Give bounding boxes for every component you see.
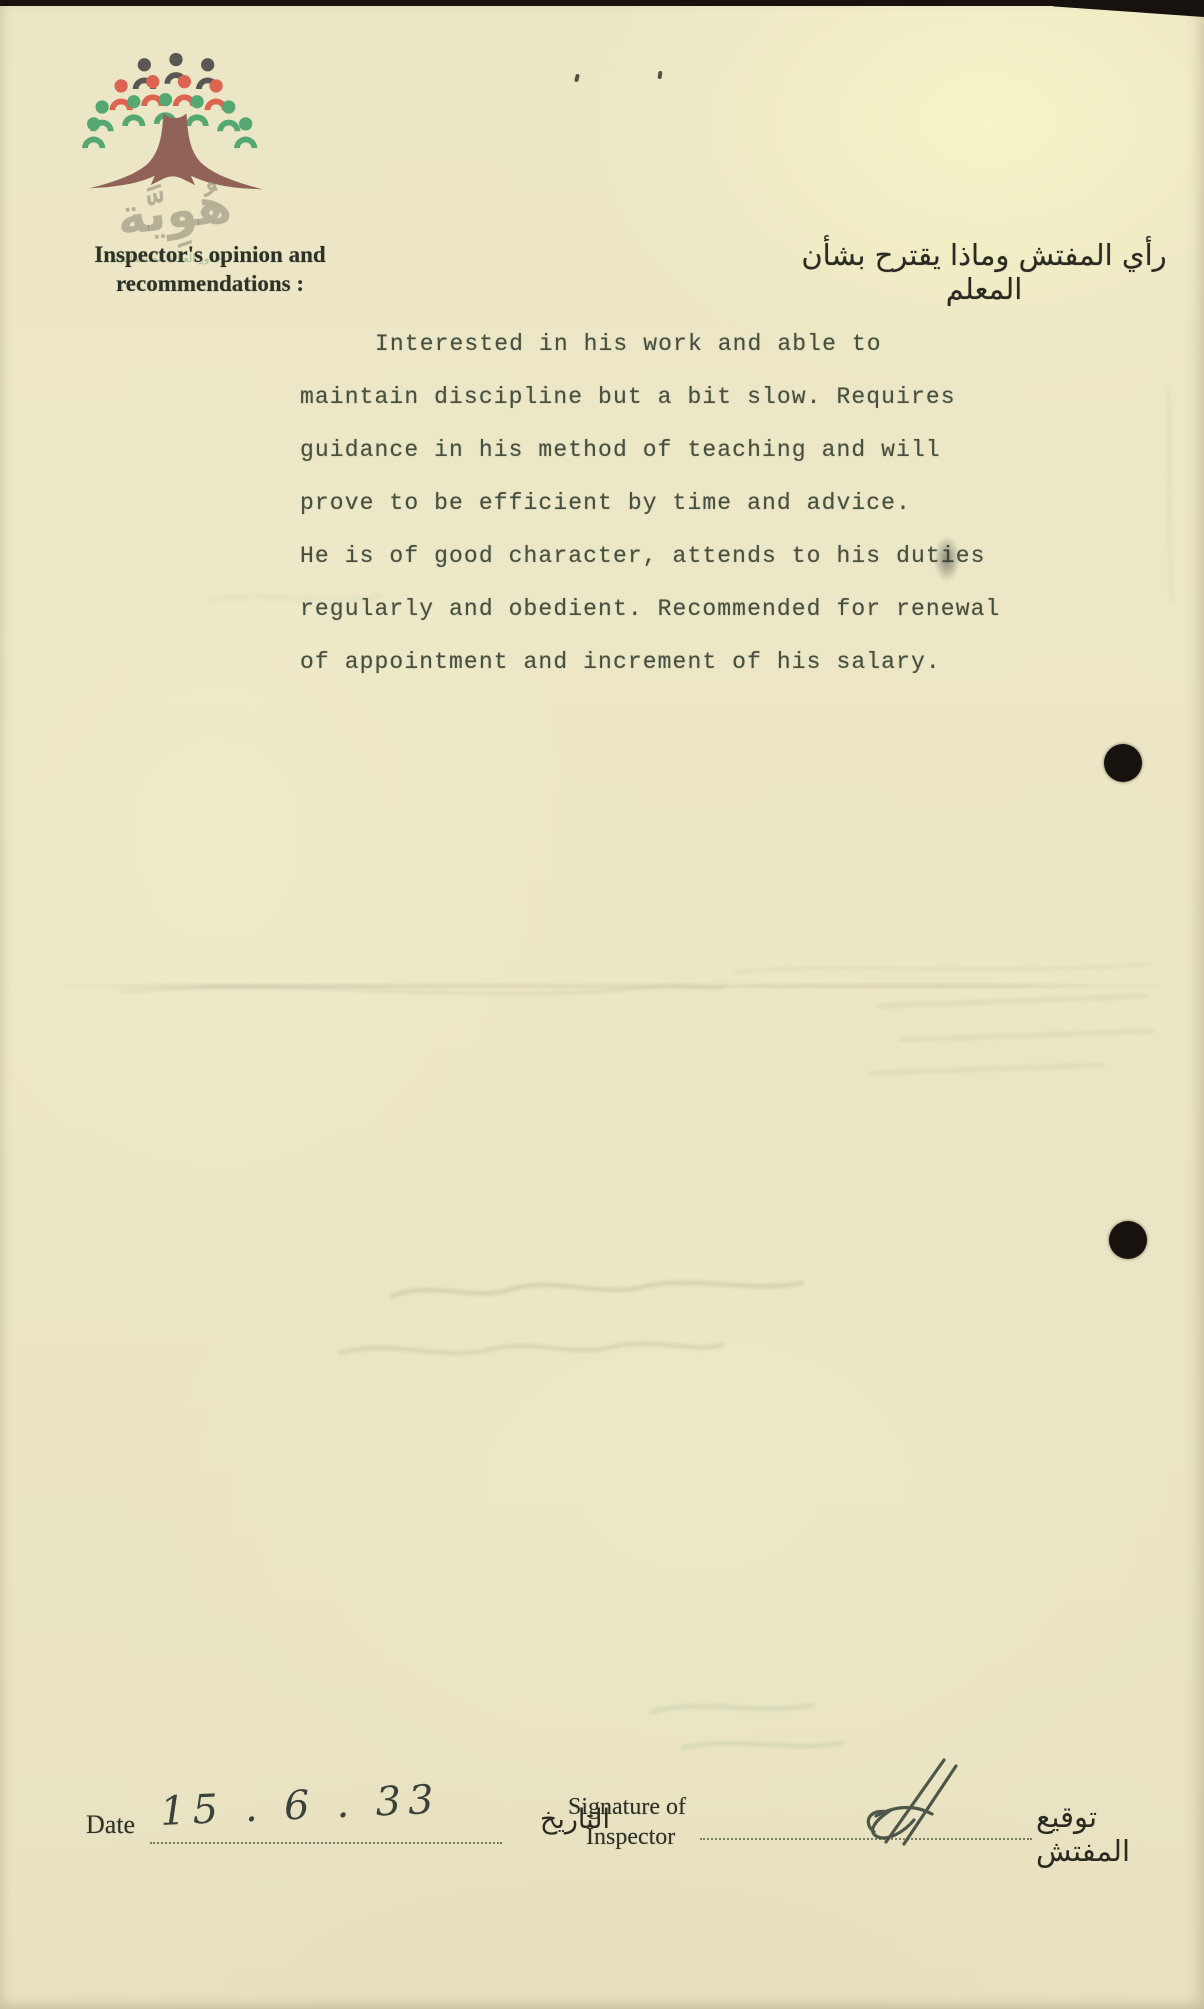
ink-blot-over-duties — [934, 536, 960, 582]
typed-line: maintain discipline but a bit slow. Requ… — [300, 371, 1000, 424]
inspector-signature-scribble — [852, 1752, 986, 1852]
scan-edge-corner-shadow — [1030, 0, 1204, 17]
typed-line: Interested in his work and able to — [300, 318, 1000, 371]
paper-fold-crease — [0, 984, 1204, 988]
typed-line: regularly and obedient. Recommended for … — [300, 583, 1000, 636]
inspector-label: Inspector — [586, 1824, 675, 1851]
scan-edge-top-bar — [0, 0, 1204, 6]
inspectors-opinion-label-line2: recommendations : — [72, 269, 348, 298]
ink-speck — [657, 71, 662, 79]
punch-hole-dot — [1109, 1221, 1147, 1259]
typed-line: of appointment and increment of his sala… — [300, 636, 1000, 689]
typed-line: prove to be efficient by time and advice… — [300, 477, 1000, 530]
inspectors-opinion-label-line1: Inspector's opinion and — [72, 240, 348, 269]
ink-speck — [574, 74, 580, 83]
signature-of-label: Signature of — [568, 1794, 686, 1821]
typewritten-opinion-text: Interested in his work and able to maint… — [300, 318, 1000, 689]
inspectors-opinion-label-arabic: رأي المفتش وماذا يقترح بشأن المعلم — [798, 238, 1170, 306]
scanned-inspection-report-page: هُوِيَّة جذور العائلة الفلسطينية Inspect… — [0, 0, 1204, 2009]
punch-hole-dot — [1104, 744, 1142, 782]
typed-line: He is of good character, attends to his … — [300, 530, 1000, 583]
typed-line: guidance in his method of teaching and w… — [300, 424, 1000, 477]
signature-label-arabic: توقيع المفتش — [1036, 1800, 1186, 1868]
date-label: Date — [86, 1810, 135, 1840]
logo-people-gray — [133, 53, 220, 89]
inspectors-opinion-label: Inspector's opinion and recommendations … — [72, 240, 348, 298]
